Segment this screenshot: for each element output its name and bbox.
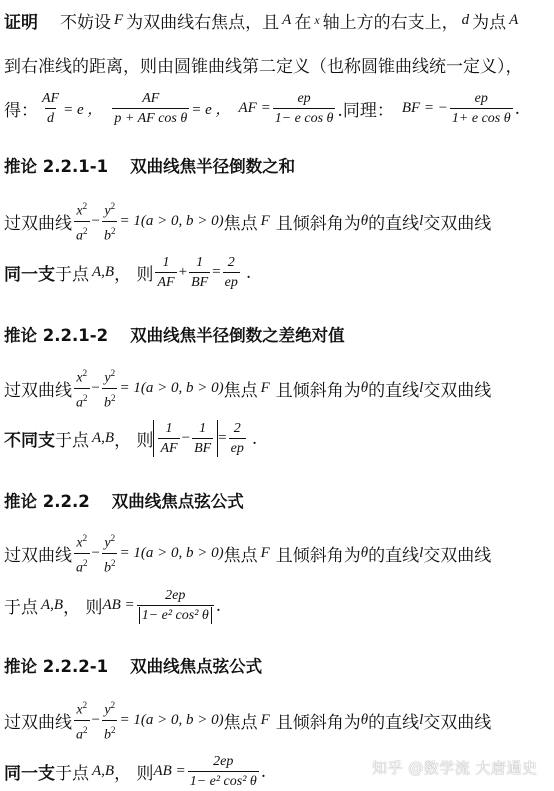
- hyperbola-line: 过双曲线 x2a2 − y2b2 = 1(a > 0, b > 0) 焦点 F …: [4, 530, 491, 576]
- conclusion-line: 于点 A,B ， 则 AB = 2ep1− e² cos² θ .: [4, 587, 221, 624]
- conclusion-line: 同一支 于点 A,B ， 则 1AF + 1BF = 2ep .: [4, 254, 251, 291]
- conclusion-line: 不同支 于点 A,B ， 则 1AF − 1BF = 2ep .: [4, 420, 257, 457]
- section-heading-2-2-2: 推论 2.2.2 双曲线焦点弦公式: [4, 488, 244, 512]
- fraction-af-d: AF d: [40, 90, 61, 127]
- section-heading-2-2-2-1: 推论 2.2.2-1 双曲线焦点弦公式: [4, 653, 262, 677]
- proof-line-1: 证明 不妨设 F 为双曲线右焦点，且 A 在 x 轴上方的右支上， d 为点 A: [4, 8, 518, 33]
- proof-line-2: 到右准线的距离，则由圆锥曲线第二定义（也称圆锥曲线统一定义），: [4, 52, 523, 77]
- fraction-bf-result: ep 1+ e cos θ: [450, 90, 513, 127]
- proof-label: 证明: [4, 8, 38, 33]
- hyperbola-line: 过双曲线 x2a2 − y2b2 = 1(a > 0, b > 0) 焦点 F …: [4, 365, 491, 411]
- fraction-af-result: ep 1− e cos θ: [273, 90, 336, 127]
- proof-line-3: 得： AF d = e ， AF p + AF cos θ = e ， AF =…: [4, 90, 520, 127]
- zhihu-watermark: 知乎 @数学流 大唐通史: [372, 757, 538, 778]
- hyperbola-line: 过双曲线 x2a2 − y2b2 = 1(a > 0, b > 0) 焦点 F …: [4, 198, 491, 244]
- hyperbola-line: 过双曲线 x2a2 − y2b2 = 1(a > 0, b > 0) 焦点 F …: [4, 697, 491, 743]
- conclusion-line: 同一支 于点 A,B ， 则 AB = 2ep1− e² cos² θ .: [4, 753, 266, 790]
- section-heading-2-2-1-2: 推论 2.2.1-2 双曲线焦半径倒数之差绝对值: [4, 322, 345, 346]
- fraction-af-p: AF p + AF cos θ: [112, 90, 189, 127]
- section-heading-2-2-1-1: 推论 2.2.1-1 双曲线焦半径倒数之和: [4, 153, 295, 177]
